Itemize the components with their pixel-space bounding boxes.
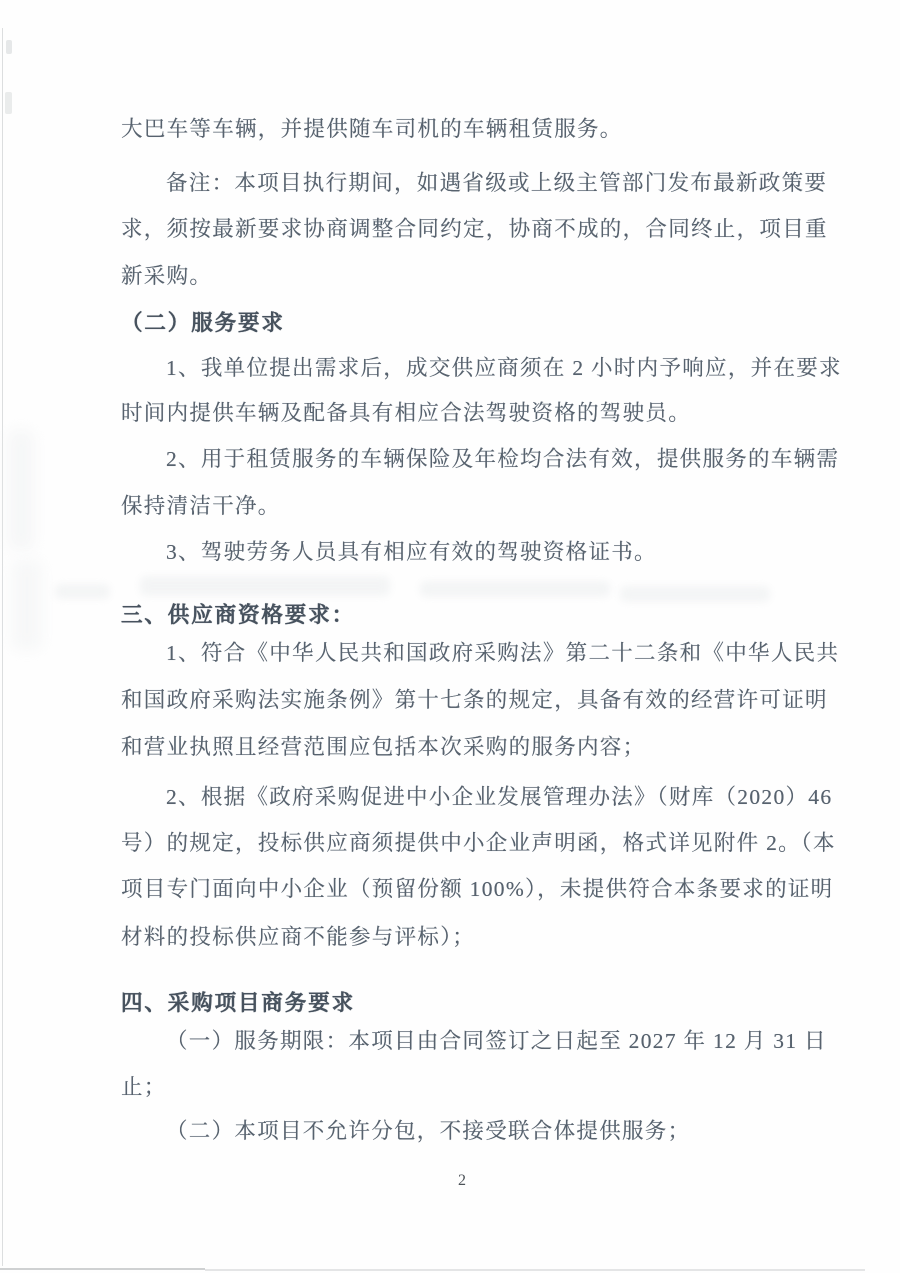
scan-bleedthrough xyxy=(140,576,390,596)
doc-line: 1、我单位提出需求后，成交供应商须在 2 小时内予响应，并在要求 xyxy=(166,353,842,383)
doc-line: 时间内提供车辆及配备具有相应合法驾驶资格的驾驶员。 xyxy=(121,398,691,428)
doc-line: 保持清洁干净。 xyxy=(121,491,281,521)
doc-line: （二）本项目不允许分包，不接受联合体提供服务； xyxy=(166,1116,690,1146)
section-heading: （二）服务要求 xyxy=(121,308,285,338)
scan-artifact xyxy=(6,40,12,54)
scan-bleedthrough xyxy=(420,581,610,597)
scan-artifact xyxy=(5,92,12,114)
doc-line: 新采购。 xyxy=(121,261,212,291)
doc-line: 号）的规定，投标供应商须提供中小企业声明函，格式详见附件 2。（本 xyxy=(121,828,836,858)
doc-line: 求，须按最新要求协商调整合同约定，协商不成的，合同终止，项目重 xyxy=(121,214,828,244)
doc-line: 1、符合《中华人民共和国政府采购法》第二十二条和《中华人民共 xyxy=(166,638,839,668)
scan-edge-line-left xyxy=(2,28,3,1266)
document-page: 大巴车等车辆，并提供随车司机的车辆租赁服务。 备注：本项目执行期间，如遇省级或上… xyxy=(0,0,900,1273)
scan-edge-line-bottom xyxy=(0,1268,205,1270)
page-number: 2 xyxy=(448,1172,476,1190)
scan-bleedthrough xyxy=(12,560,42,650)
scan-edge-line-bottom xyxy=(205,1269,865,1271)
doc-line: 2、根据《政府采购促进中小企业发展管理办法》（财库（2020）46 xyxy=(166,782,832,812)
doc-line: 大巴车等车辆，并提供随车司机的车辆租赁服务。 xyxy=(121,114,623,144)
doc-line: 止； xyxy=(121,1072,167,1102)
doc-line: 和国政府采购法实施条例》第十七条的规定，具备有效的经营许可证明 xyxy=(121,685,828,715)
doc-line: （一）服务期限：本项目由合同签订之日起至 2027 年 12 月 31 日 xyxy=(166,1026,827,1056)
doc-line: 项目专门面向中小企业（预留份额 100%），未提供符合本条要求的证明 xyxy=(121,874,834,904)
doc-line: 2、用于租赁服务的车辆保险及年检均合法有效，提供服务的车辆需 xyxy=(166,444,839,474)
scan-bleedthrough xyxy=(55,584,110,599)
doc-line: 3、驾驶劳务人员具有相应有效的驾驶资格证书。 xyxy=(166,537,657,567)
scan-bleedthrough xyxy=(620,586,770,602)
doc-line: 备注：本项目执行期间，如遇省级或上级主管部门发布最新政策要 xyxy=(166,168,827,198)
section-heading: 三、供应商资格要求： xyxy=(121,600,355,630)
doc-line: 材料的投标供应商不能参与评标）； xyxy=(121,922,475,952)
section-heading: 四、采购项目商务要求 xyxy=(121,988,355,1018)
doc-line: 和营业执照且经营范围应包括本次采购的服务内容； xyxy=(121,732,645,762)
scan-bleedthrough xyxy=(8,430,34,550)
